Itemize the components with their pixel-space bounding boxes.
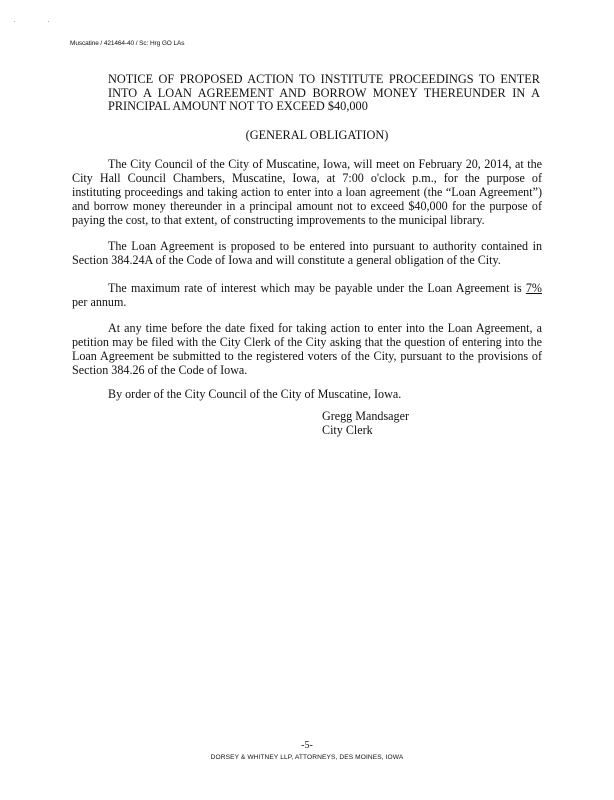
document-reference: Muscatine / 421464-40 / Sc: Hrg GO LAs: [70, 40, 184, 47]
scan-speck: .: [48, 18, 50, 24]
scan-speck: .: [14, 18, 16, 24]
paragraph-order: By order of the City Council of the City…: [72, 387, 542, 401]
paragraph-text: The City Council of the City of Muscatin…: [72, 157, 542, 227]
paragraph-text: The maximum rate of interest which may b…: [72, 281, 542, 309]
signature-block: Gregg Mandsager City Clerk: [322, 409, 409, 437]
paragraph-petition: At any time before the date fixed for ta…: [72, 321, 542, 377]
paragraph-interest-rate: The maximum rate of interest which may b…: [72, 281, 542, 309]
paragraph-text: The Loan Agreement is proposed to be ent…: [72, 239, 542, 267]
title-line: NOTICE OF PROPOSED ACTION TO INSTITUTE P…: [108, 73, 540, 87]
rate-text-before: The maximum rate of interest which may b…: [108, 281, 526, 295]
signatory-title: City Clerk: [322, 423, 409, 437]
signatory-name: Gregg Mandsager: [322, 409, 409, 423]
paragraph-text: At any time before the date fixed for ta…: [72, 321, 542, 377]
paragraph-text: By order of the City Council of the City…: [72, 387, 542, 401]
paragraph-authority: The Loan Agreement is proposed to be ent…: [72, 239, 542, 267]
paragraph-meeting: The City Council of the City of Muscatin…: [72, 157, 542, 227]
notice-title: NOTICE OF PROPOSED ACTION TO INSTITUTE P…: [108, 73, 540, 114]
interest-rate: 7%: [526, 281, 542, 295]
notice-subtitle: (GENERAL OBLIGATION): [0, 128, 614, 143]
page-footer: DORSEY & WHITNEY LLP, ATTORNEYS, DES MOI…: [0, 754, 614, 761]
rate-text-after: per annum.: [72, 295, 126, 309]
title-line: PRINCIPAL AMOUNT NOT TO EXCEED $40,000: [108, 100, 540, 114]
page-number: -5-: [0, 740, 614, 751]
title-line: INTO A LOAN AGREEMENT AND BORROW MONEY T…: [108, 87, 540, 101]
